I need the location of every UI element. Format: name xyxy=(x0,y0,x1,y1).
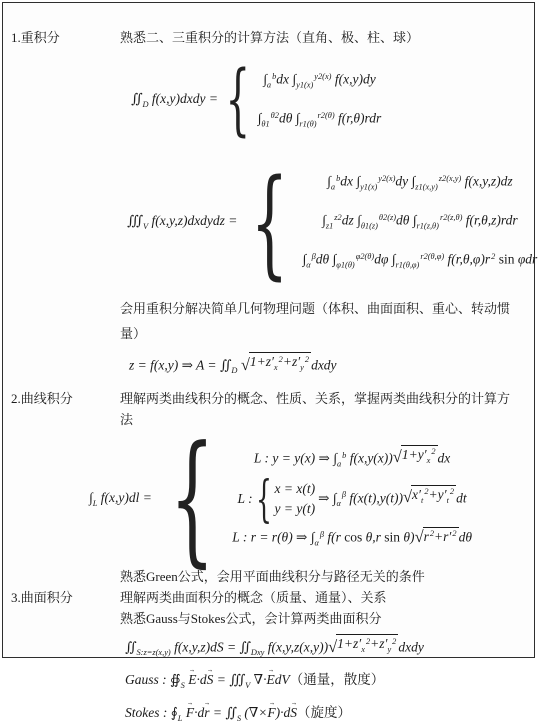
surface-area-formula-row: z = f(x,y) ⇒ A = ∬D √1+z′x2+z′y2dxdy xyxy=(129,349,534,379)
green-formula-row: 熟悉Green公式，会用平面曲线积分与路径无关的条件 xyxy=(3,566,534,587)
line-integral-case-parametric: L : { x = x(t) y = y(t) ⇒ ∫αβ f(x(t),y(t… xyxy=(238,479,467,519)
section-3-line2: 熟悉Gauss与Stokes公式，会计算两类曲面积分 xyxy=(120,608,534,629)
label-spacer xyxy=(3,608,120,629)
triple-integral-cases: ∫abdx ∫y1(x)y2(x)dy ∫z1(x,y)z2(x,y) f(x,… xyxy=(303,163,538,281)
document-page: 1.重积分 熟悉二、三重积分的计算方法（直角、极、柱、球） ∬D f(x,y)d… xyxy=(2,2,535,658)
parametric-result: ⇒ ∫αβ f(x(t),y(t))√x′t2+y′t2dt xyxy=(318,485,467,514)
section-1-label: 1.重积分 xyxy=(3,27,120,48)
triple-integral-formula: ∭V f(x,y,z)dxdydz = { ∫abdx ∫y1(x)y2(x)d… xyxy=(127,163,534,281)
applications-row: 会用重积分解决简单几何物理问题（体积、曲面面积、重心、转动惯量） xyxy=(3,296,534,346)
double-integral-formula: ∬D f(x,y)dxdy = { ∫abdx ∫y1(x)y2(x) f(x,… xyxy=(131,61,534,140)
applications-text: 会用重积分解决简单几何物理问题（体积、曲面面积、重心、转动惯量） xyxy=(120,296,534,346)
double-integral-case-rectangular: ∫abdx ∫y1(x)y2(x) f(x,y)dy xyxy=(263,61,375,100)
label-spacer xyxy=(3,566,120,587)
section-1-row: 1.重积分 熟悉二、三重积分的计算方法（直角、极、柱、球） xyxy=(3,27,534,48)
triple-integral-lhs: ∭V f(x,y,z)dxdydz = xyxy=(127,213,237,231)
section-3-row2: 熟悉Gauss与Stokes公式，会计算两类曲面积分 xyxy=(3,608,534,629)
section-3-row: 3.曲面积分 理解两类曲面积分的概念（质量、通量）、关系 xyxy=(3,587,534,608)
parametric-equations: x = x(t) y = y(t) xyxy=(274,479,315,519)
surface-integral-formula-row: ∬S:z=z(x,y) f(x,y,z)dS = ∬Dxy f(x,y,z(x,… xyxy=(125,632,534,661)
triple-integral-case-spherical: ∫αβdθ ∫φ1(θ)φ2(θ)dφ ∫r1(θ,φ)r2(θ,φ) f(r,… xyxy=(303,241,538,280)
double-integral-case-polar: ∫θ1θ2dθ ∫r1(θ)r2(θ) f(r,θ)rdr xyxy=(258,100,382,139)
parametric-prefix: L : xyxy=(238,489,253,509)
triple-integral-case-rectangular: ∫abdx ∫y1(x)y2(x)dy ∫z1(x,y)z2(x,y) f(x,… xyxy=(327,163,512,202)
section-3-line1: 理解两类曲面积分的概念（质量、通量）、关系 xyxy=(120,587,534,608)
section-3-label: 3.曲面积分 xyxy=(3,587,120,608)
line-integral-formula: ∫L f(x,y)dl = { L : y = y(x) ⇒ ∫ab f(x,y… xyxy=(89,440,534,559)
parametric-y-equation: y = y(t) xyxy=(274,499,315,519)
label-spacer xyxy=(3,296,120,346)
line-integral-case-explicit: L : y = y(x) ⇒ ∫ab f(x,y(x))√1+y′x2dx xyxy=(254,440,450,479)
section-1-intro: 熟悉二、三重积分的计算方法（直角、极、柱、球） xyxy=(120,27,534,48)
parametric-x-equation: x = x(t) xyxy=(274,479,315,499)
surface-integral-formula: ∬S:z=z(x,y) f(x,y,z)dS = ∬Dxy f(x,y,z(x,… xyxy=(125,634,424,657)
triple-integral-case-cylindrical: ∫z1z2dz ∫θ1(z)θ2(z)dθ ∫r1(z,θ)r2(z,θ) f(… xyxy=(322,202,518,241)
surface-area-formula: z = f(x,y) ⇒ A = ∬D √1+z′x2+z′y2dxdy xyxy=(129,352,337,375)
line-integral-cases: L : y = y(x) ⇒ ∫ab f(x,y(x))√1+y′x2dx L … xyxy=(232,440,472,559)
line-integral-lhs: ∫L f(x,y)dl = xyxy=(89,490,152,508)
double-integral-lhs: ∬D f(x,y)dxdy = xyxy=(131,91,218,109)
double-integral-cases: ∫abdx ∫y1(x)y2(x) f(x,y)dy ∫θ1θ2dθ ∫r1(θ… xyxy=(258,61,382,140)
section-2-label: 2.曲线积分 xyxy=(3,388,120,430)
section-2-row: 2.曲线积分 理解两类曲线积分的概念、性质、关系，掌握两类曲线积分的计算方法 xyxy=(3,388,534,430)
